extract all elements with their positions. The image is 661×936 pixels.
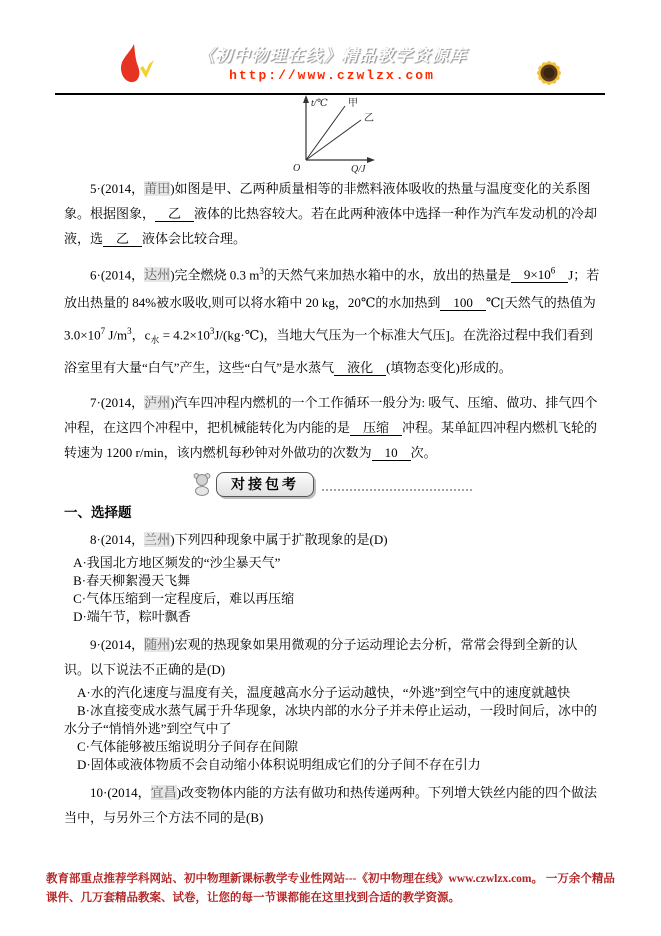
chart-ylabel: t/℃ <box>311 98 328 109</box>
site-banner: 《初中物理在线》精品教学资源库 http://www.czwlzx.com <box>85 36 579 93</box>
question-9-stem: 9·(2014，随州)宏观的热现象如果用微观的分子运动理论去分析，常常会得到全新… <box>64 632 601 682</box>
badge-label: 对接包考 <box>231 478 299 493</box>
question-8-stem: 8·(2014，兰州)下列四种现象中属于扩散现象的是(D) <box>64 527 601 552</box>
badge-row: 对接包考 <box>192 471 601 497</box>
chart-xlabel: Q/J <box>351 164 366 174</box>
option-9c: C·气体能够被压缩说明分子间存在间隙 <box>64 738 601 756</box>
mascot-icon <box>192 472 212 496</box>
t-q-line-chart: t/℃ Q/J O 甲 乙 <box>248 94 423 174</box>
chart-origin-label: O <box>293 163 300 174</box>
question-6: 6·(2014，达州)完全燃烧 0.3 m3的天然气来加热水箱中的水，放出的热量… <box>64 257 601 382</box>
section-heading: 一、选择题 <box>64 501 601 521</box>
option-8d: D·端午节，粽叶飘香 <box>64 608 601 626</box>
series-yi-label: 乙 <box>364 112 374 124</box>
option-8c: C·气体压缩到一定程度后，难以再压缩 <box>64 590 601 608</box>
badge-duijie-baokao: 对接包考 <box>216 472 314 497</box>
question-9-options: A·水的汽化速度与温度有关，温度越高水分子运动越快，“外逃”到空气中的速度就越快… <box>64 684 601 774</box>
site-title: 《初中物理在线》精品教学资源库 <box>85 41 579 66</box>
series-jia-label: 甲 <box>348 97 358 109</box>
site-url: http://www.czwlzx.com <box>85 68 579 83</box>
dotted-leader <box>322 488 472 491</box>
option-8a: A·我国北方地区频发的“沙尘暴天气” <box>64 554 601 572</box>
question-5: 5·(2014，莆田)如图是甲、乙两种质量相等的非燃料液体吸收的热量与温度变化的… <box>64 176 601 251</box>
option-9d: D·固体或液体物质不会自动缩小体积说明组成它们的分子间不存在引力 <box>64 756 601 774</box>
question-8-options: A·我国北方地区频发的“沙尘暴天气” B·春天柳絮漫天飞舞 C·气体压缩到一定程… <box>64 554 601 626</box>
flame-check-logo-icon <box>111 41 157 89</box>
option-9b: B·冰直接变成水蒸气属于升华现象，冰块内部的水分子并未停止运动，一段时间后，冰中… <box>64 702 601 738</box>
worksheet-page: 《初中物理在线》精品教学资源库 http://www.czwlzx.com t/… <box>0 0 661 936</box>
footer-promo-text: 教育部重点推荐学科网站、初中物理新课标教学专业性网站---《初中物理在线》www… <box>46 870 616 908</box>
question-10-stem: 10·(2014，宜昌)改变物体内能的方法有做功和热传递两种。下列增大铁丝内能的… <box>64 780 601 830</box>
question-7: 7·(2014，泸州)汽车四冲程内燃机的一个工作循环一般分为: 吸气、压缩、做功… <box>64 390 601 465</box>
document-body: 5·(2014，莆田)如图是甲、乙两种质量相等的非燃料液体吸收的热量与温度变化的… <box>64 176 601 832</box>
sunflower-photo-icon <box>522 49 576 93</box>
option-9a: A·水的汽化速度与温度有关，温度越高水分子运动越快，“外逃”到空气中的速度就越快 <box>64 684 601 702</box>
option-8b: B·春天柳絮漫天飞舞 <box>64 572 601 590</box>
